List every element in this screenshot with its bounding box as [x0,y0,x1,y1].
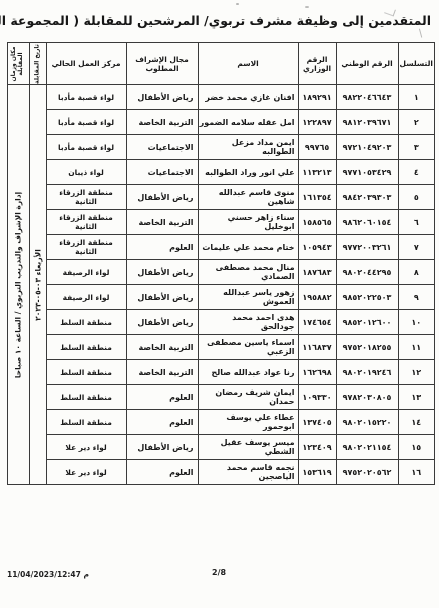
serial-cell: ١٤ [398,410,434,435]
name-cell: هدى احمد محمد جودالحق [198,310,298,335]
serial-cell: ٨ [398,260,434,285]
supervision-field-cell: الاجتماعيات [126,135,198,160]
supervision-field-cell: رياض الأطفال [126,260,198,285]
work-center-cell: منطقة السلط [46,385,126,410]
print-timestamp: 11/04/2023/12:47 م [7,570,89,579]
work-center-cell: لواء دير علا [46,435,126,460]
serial-cell: ١٢ [398,360,434,385]
table-row: ٣٩٧٢١٠٤٩٢٠٣٩٩٧٦٥ايمن مداد مزعل الطوالبها… [7,135,434,160]
header-interview-place-time: مكان وزمان المقابلة [7,43,29,85]
ministry-id-cell: ١٦١٣٥٤ [298,185,336,210]
supervision-field-cell: رياض الأطفال [126,310,198,335]
table-row: ٦٩٨٦٢٠٦٠١٥٤١٥٨٥٦٥سناء زاهر حسني ابوخليلا… [7,210,434,235]
ministry-id-cell: ١٠٩٣٣٠ [298,385,336,410]
serial-cell: ٦ [398,210,434,235]
supervision-field-cell: التربية الخاصة [126,110,198,135]
table-body: ١٩٨٢٢٠٤٦٦٤٣١٨٩٢٩١افنان غازي محمد خضررياض… [7,85,434,485]
supervision-field-cell: التربية الخاصة [126,360,198,385]
table-row: ١١٩٧٥٢٠١٨٢٥٥١١٦٨٣٧اسماء ياسين مصطفى الزع… [7,335,434,360]
table-row: ١٠٩٨٥٢٠١٢٦٠٠١٧٤٦٥٤هدى احمد محمد جودالحقر… [7,310,434,335]
work-center-cell: لواء الرصيفة [46,285,126,310]
serial-cell: ١ [398,85,434,110]
ministry-id-cell: ١٨٩٢٩١ [298,85,336,110]
serial-cell: ٥ [398,185,434,210]
work-center-cell: لواء ذيبان [46,160,126,185]
national-id-cell: ٩٨٥٢٠١٢٦٠٠ [336,310,398,335]
header-interview-date-text: تاريخ المقابلة [34,44,41,84]
table-row: ١٢٩٨٠٢٠١٩٢٤٦١٦٢٦٩٨رنا عواد عبدالله صالحا… [7,360,434,385]
supervision-field-cell: التربية الخاصة [126,335,198,360]
supervision-field-cell: الاجتماعيات [126,160,198,185]
interview-date-cell: الأربعاء ٠٣-٠٥-٢٠٢٣ [29,85,46,485]
work-center-cell: منطقة السلط [46,410,126,435]
ministry-id-cell: ١١٣٢١٣ [298,160,336,185]
national-id-cell: ٩٨٠٢٠١٩٢٤٦ [336,360,398,385]
work-center-cell: منطقة الزرقاء الثانية [46,210,126,235]
header-serial: التسلسل [398,43,434,85]
ministry-id-cell: ١٣٧٤٠٥ [298,410,336,435]
national-id-cell: ٩٨٠٢٠١٥٢٢٠ [336,410,398,435]
work-center-cell: منطقة السلط [46,335,126,360]
national-id-cell: ٩٨٥٢٠٢٢٥٠٣ [336,285,398,310]
national-id-cell: ٩٨٢٢٠٤٦٦٤٣ [336,85,398,110]
supervision-field-cell: رياض الأطفال [126,285,198,310]
header-national-id: الرقم الوطني [336,43,398,85]
serial-cell: ٧ [398,235,434,260]
serial-cell: ٢ [398,110,434,135]
national-id-cell: ٩٧٢١٠٤٩٢٠٣ [336,135,398,160]
table-row: ٧٩٧٧٢٠٠٣٢٦١١٠٥٩٤٣ختام محمد علي عليماتالع… [7,235,434,260]
ministry-id-cell: ١٥٣٦١٩ [298,460,336,485]
table-row: ٤٩٧٧١٠٥٣٤٢٩١١٣٢١٣علي انور وراد الطوالبها… [7,160,434,185]
ministry-id-cell: ١٦٢٦٩٨ [298,360,336,385]
name-cell: ختام محمد علي عليمات [198,235,298,260]
pen-mark [419,27,427,37]
work-center-cell: لواء دير علا [46,460,126,485]
table-row: ١٩٨٢٢٠٤٦٦٤٣١٨٩٢٩١افنان غازي محمد خضررياض… [7,85,434,110]
serial-cell: ٤ [398,160,434,185]
national-id-cell: ٩٨٠٢٠٤٤٢٩٥ [336,260,398,285]
serial-cell: ٣ [398,135,434,160]
work-center-cell: منطقة السلط [46,360,126,385]
supervision-field-cell: التربية الخاصة [126,210,198,235]
name-cell: منال محمد مصطفى الصمادي [198,260,298,285]
page-title: المتقدمين إلى وظيفة مشرف تربوي/ المرشحين… [18,13,431,28]
name-cell: نجمه قاسم محمد الياصجين [198,460,298,485]
supervision-field-cell: العلوم [126,460,198,485]
serial-cell: ١٥ [398,435,434,460]
serial-cell: ١٦ [398,460,434,485]
name-cell: افنان غازي محمد خضر [198,85,298,110]
header-work-center: مركز العمل الحالي [46,43,126,85]
header-row: التسلسل الرقم الوطني الرقم الوزاري الاسم… [7,43,434,85]
name-cell: امل عقله سلامه الضمور [198,110,298,135]
ministry-id-cell: ١٨٧٦٨٣ [298,260,336,285]
name-cell: رنا عواد عبدالله صالح [198,360,298,385]
interview-place-time-cell-text: إدارة الإشراف والتدريب التربوي / الساعة … [14,191,23,377]
work-center-cell: لواء قصبة مأدبا [46,110,126,135]
table-row: ١٦٩٧٥٢٠٢٠٥٦٢١٥٣٦١٩نجمه قاسم محمد الياصجي… [7,460,434,485]
page-indicator: 2/8 [212,568,226,577]
header-supervision-field: مجال الإشراف المطلوب [126,43,198,85]
ministry-id-cell: ١٢٢٨٩٧ [298,110,336,135]
serial-cell: ١٣ [398,385,434,410]
work-center-cell: منطقة الزرقاء الثانية [46,235,126,260]
ministry-id-cell: ١٥٨٥٦٥ [298,210,336,235]
national-id-cell: ٩٧٧٢٠٠٣٢٦١ [336,235,398,260]
candidates-table: التسلسل الرقم الوطني الرقم الوزاري الاسم… [7,42,435,485]
table-row: ١٣٩٧٨٢٠٣٠٨٠٥١٠٩٣٣٠ايمان شريف رمضان حمدان… [7,385,434,410]
serial-cell: ١٠ [398,310,434,335]
supervision-field-cell: رياض الأطفال [126,185,198,210]
work-center-cell: منطقة السلط [46,310,126,335]
supervision-field-cell: رياض الأطفال [126,85,198,110]
national-id-cell: ٩٨٠٢٠٢١١٥٤ [336,435,398,460]
header-interview-date: تاريخ المقابلة [29,43,46,85]
supervision-field-cell: العلوم [126,385,198,410]
header-name: الاسم [198,43,298,85]
header-interview-place-time-text: مكان وزمان المقابلة [11,44,25,84]
national-id-cell: ٩٧٨٢٠٣٠٨٠٥ [336,385,398,410]
name-cell: اسماء ياسين مصطفى الزعبي [198,335,298,360]
national-id-cell: ٩٨٤٢٠٣٩٣٠٣ [336,185,398,210]
ministry-id-cell: ١٠٥٩٤٣ [298,235,336,260]
pen-mark [305,6,309,8]
ministry-id-cell: ١٢٣٤٠٩ [298,435,336,460]
ministry-id-cell: ١٧٤٦٥٤ [298,310,336,335]
name-cell: منوى قاسم عبدالله شاهين [198,185,298,210]
national-id-cell: ٩٨٦٢٠٦٠١٥٤ [336,210,398,235]
supervision-field-cell: العلوم [126,410,198,435]
name-cell: زهور ياسر عبدالله العموش [198,285,298,310]
national-id-cell: ٩٧٥٢٠٢٠٥٦٢ [336,460,398,485]
table-row: ٨٩٨٠٢٠٤٤٢٩٥١٨٧٦٨٣منال محمد مصطفى الصمادي… [7,260,434,285]
ministry-id-cell: ١٩٥٨٨٢ [298,285,336,310]
ministry-id-cell: ٩٩٧٦٥ [298,135,336,160]
work-center-cell: لواء الرصيفة [46,260,126,285]
name-cell: عطاء علي يوسف ابوحمور [198,410,298,435]
national-id-cell: ٩٨١٢٠٣٩٦٧١ [336,110,398,135]
name-cell: ميسر يوسف عقيل الشطي [198,435,298,460]
ministry-id-cell: ١١٦٨٣٧ [298,335,336,360]
interview-date-cell-text: الأربعاء ٠٣-٠٥-٢٠٢٣ [33,249,42,321]
table-row: ٩٩٨٥٢٠٢٢٥٠٣١٩٥٨٨٢زهور ياسر عبدالله العمو… [7,285,434,310]
work-center-cell: منطقة الزرقاء الثانية [46,185,126,210]
supervision-field-cell: العلوم [126,235,198,260]
work-center-cell: لواء قصبة مأدبا [46,135,126,160]
name-cell: ايمان شريف رمضان حمدان [198,385,298,410]
table-row: ١٤٩٨٠٢٠١٥٢٢٠١٣٧٤٠٥عطاء علي يوسف ابوحمورا… [7,410,434,435]
name-cell: ايمن مداد مزعل الطوالبه [198,135,298,160]
national-id-cell: ٩٧٧١٠٥٣٤٢٩ [336,160,398,185]
serial-cell: ١١ [398,335,434,360]
name-cell: سناء زاهر حسني ابوخليل [198,210,298,235]
supervision-field-cell: رياض الأطفال [126,435,198,460]
name-cell: علي انور وراد الطوالبه [198,160,298,185]
serial-cell: ٩ [398,285,434,310]
document-page: المتقدمين إلى وظيفة مشرف تربوي/ المرشحين… [0,0,439,608]
interview-place-time-cell: إدارة الإشراف والتدريب التربوي / الساعة … [7,85,29,485]
national-id-cell: ٩٧٥٢٠١٨٢٥٥ [336,335,398,360]
header-ministry-id: الرقم الوزاري [298,43,336,85]
table-row: ٢٩٨١٢٠٣٩٦٧١١٢٢٨٩٧امل عقله سلامه الضمورال… [7,110,434,135]
pen-mark [236,3,239,5]
table-row: ١٥٩٨٠٢٠٢١١٥٤١٢٣٤٠٩ميسر يوسف عقيل الشطيري… [7,435,434,460]
work-center-cell: لواء قصبة مأدبا [46,85,126,110]
table-row: ٥٩٨٤٢٠٣٩٣٠٣١٦١٣٥٤منوى قاسم عبدالله شاهين… [7,185,434,210]
